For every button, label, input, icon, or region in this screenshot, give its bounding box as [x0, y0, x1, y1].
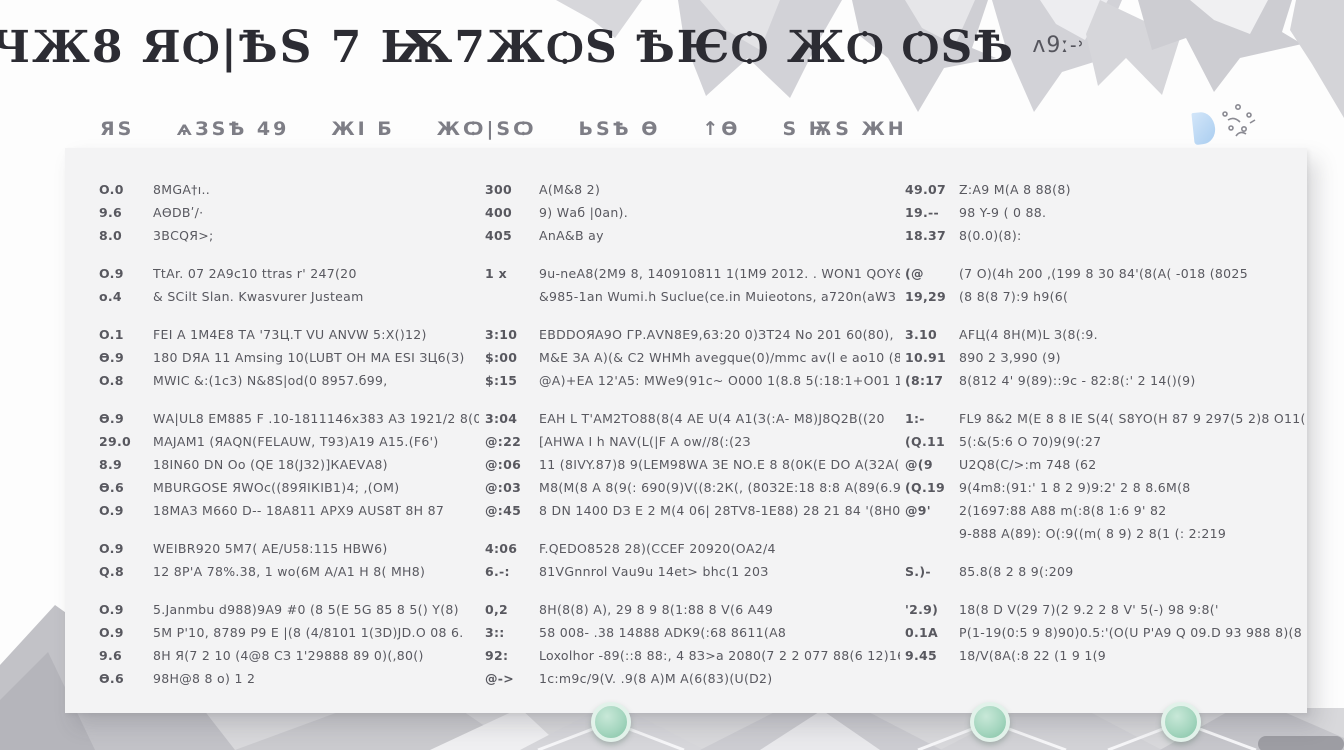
- title-scribble: ʌ9ː˗˒: [1032, 33, 1085, 58]
- row-time: 49.07: [905, 182, 949, 197]
- row-text: 8Н(8(8) А), 29 8 9 8(1:88 8 V(6 А49: [539, 602, 773, 617]
- schedule-row: Ѳ.6МВURGОSЕ ЯWОc((89ЯIКIВ1)4; ,(ОМ): [99, 480, 479, 503]
- row-time: Ѳ.6: [99, 480, 143, 495]
- row-time: 10.91: [905, 350, 949, 365]
- row-text: U2Q8(С/>:m 748 (62: [959, 457, 1097, 472]
- row-time: o.4: [99, 289, 143, 304]
- row-time: O.9: [99, 503, 143, 518]
- row-time: 405: [485, 228, 529, 243]
- schedule-group: O.9ТtАr. 07 2А9c10 ttras r' 247(20o.4& Ѕ…: [99, 266, 479, 312]
- row-text: FЕI А 1М4Е8 ТА '73Ц.Т VU АNVW 5:X()12): [153, 327, 427, 342]
- schedule-row: $:15@А)+ЕА 12'А5: МWе9(91c~ О000 1(8.8 5…: [485, 373, 900, 396]
- row-time: O.8: [99, 373, 143, 388]
- schedule-row: O.08МGА†ı..: [99, 182, 479, 205]
- schedule-row: @9'2(1697:88 А88 m(:8(8 1:6 9' 82: [905, 503, 1305, 526]
- schedule-row: S.)-85.8(8 2 8 9(:209: [905, 564, 1305, 587]
- row-time: Ѳ.9: [99, 350, 143, 365]
- row-text: 8МGА†ı..: [153, 182, 210, 197]
- row-text: ЕВDDОЯА9О ГР.АVN8Е9,63:20 0)ЗТ24 Nо 201 …: [539, 327, 894, 342]
- row-time: O.9: [99, 541, 143, 556]
- row-text: 58 008- .38 14888 АDК9(:68 8611(А8: [539, 625, 786, 640]
- row-time: 9.45: [905, 648, 949, 663]
- row-time: (Q.19: [905, 480, 949, 495]
- schedule-row: &985-1аn Wumi.h Suclue(ce.in Muieotons, …: [485, 289, 900, 312]
- row-time: 19,29: [905, 289, 949, 304]
- schedule-row: @:03М8(М(8 А 8(9(: 690(9)V((8:2К(, (80З2…: [485, 480, 900, 503]
- schedule-row: (@(7 О)(4h 200 ,(199 8 30 84'(8(А( -018 …: [905, 266, 1305, 289]
- schedule-group: 4:06F.QЕDО8528 28)(ССЕF 20920(ОА2/46.-:8…: [485, 541, 900, 587]
- row-text: А(М&8 2): [539, 182, 600, 197]
- row-time: (@: [905, 266, 949, 281]
- row-text: 18(8 D V(29 7)(2 9.2 2 8 V' 5(-) 98 9:8(…: [959, 602, 1219, 617]
- schedule-group: 0,28Н(8(8) А), 29 8 9 8(1:88 8 V(6 А493:…: [485, 602, 900, 694]
- schedule-group: 1 x9u-neА8(2М9 8, 140910811 1(1М9 2012. …: [485, 266, 900, 312]
- schedule-row: o.4& ЅCilt Slan. Kwasvurer Justeam: [99, 289, 479, 312]
- schedule-row: @(9U2Q8(С/>:m 748 (62: [905, 457, 1305, 480]
- scribble-icon: [1216, 98, 1260, 146]
- row-text: WЕIВR920 5М7( АЕ/U58:115 НВW6): [153, 541, 388, 556]
- row-text: 9(4m8:(91:' 1 8 2 9)9:2' 2 8 8.6М(8: [959, 480, 1191, 495]
- row-text: F.QЕDО8528 28)(ССЕF 20920(ОА2/4: [539, 541, 776, 556]
- schedule-row: Ѳ.9WА|UL8 ЕМ885 F .10-1811146x383 АЗ 192…: [99, 411, 479, 434]
- row-time: 1 x: [485, 266, 529, 281]
- row-text: 3ВСQЯ>;: [153, 228, 214, 243]
- row-text: 8(812 4' 9(89)::9c - 82:8(:' 2 14()(9): [959, 373, 1196, 388]
- schedule-row: 8.03ВСQЯ>;: [99, 228, 479, 251]
- row-time: @->: [485, 671, 529, 686]
- row-time: 19.--: [905, 205, 949, 220]
- row-time: 300: [485, 182, 529, 197]
- nav-item-6[interactable]: ↑Ѳ: [702, 118, 740, 140]
- schedule-group: 3:10ЕВDDОЯА9О ГР.АVN8Е9,63:20 0)ЗТ24 Nо …: [485, 327, 900, 396]
- row-time: @:22: [485, 434, 529, 449]
- schedule-row: 3::58 008- .38 14888 АDК9(:68 8611(А8: [485, 625, 900, 648]
- schedule-row: Ѳ.9180 DЯА 11 Amsing 10(LUВТ ОН МА ЕSI З…: [99, 350, 479, 373]
- schedule-group: O.1FЕI А 1М4Е8 ТА '73Ц.Т VU АNVW 5:X()12…: [99, 327, 479, 396]
- schedule-row: 6.-:81VGnnrol Vаu9u 14еt> bhc(1 20З: [485, 564, 900, 587]
- row-time: O.9: [99, 602, 143, 617]
- schedule-group: S.)-85.8(8 2 8 9(:209: [905, 564, 1305, 587]
- row-time: @:45: [485, 503, 529, 518]
- row-text: АFЦ(4 8Н(М)L З(8(:9.: [959, 327, 1098, 342]
- row-time: $:00: [485, 350, 529, 365]
- nav-item-5[interactable]: ЬЅѢ Ѳ: [578, 118, 660, 140]
- schedule-row: 19.--98 Y-9 ( 0 88.: [905, 205, 1305, 228]
- schedule-row: (8:178(812 4' 9(89)::9c - 82:8(:' 2 14()…: [905, 373, 1305, 396]
- schedule-group: 3.10АFЦ(4 8Н(М)L З(8(:9.10.91890 2 З,990…: [905, 327, 1305, 396]
- schedule-group: 300А(М&8 2)4009) Wаб |0аn).405АnА&В ay: [485, 182, 900, 251]
- row-text: 81VGnnrol Vаu9u 14еt> bhc(1 20З: [539, 564, 769, 579]
- row-text: 18IN60 DN Оo (QЕ 18(JЗ2)]КАЕVА8): [153, 457, 388, 472]
- row-text: 5М Р'10, 8789 Р9 Е |(8 (4/8101 1(ЗD)JD.О…: [153, 625, 464, 640]
- schedule-row: 1 x9u-neА8(2М9 8, 140910811 1(1М9 2012. …: [485, 266, 900, 289]
- schedule-row: 9.6АѲDВʹ/·: [99, 205, 479, 228]
- schedule-row: 405АnА&В ay: [485, 228, 900, 251]
- row-text: @А)+ЕА 12'А5: МWе9(91c~ О000 1(8.8 5(:18…: [539, 373, 900, 388]
- row-text: 11 (8IVY.87)8 9(LЕМ98WА ЗЕ NО.Е 8 8(0К(Е…: [539, 457, 900, 472]
- row-text: 18МАЗ М660 D-- 18А811 АРX9 АUЅ8Т 8Н 87: [153, 503, 444, 518]
- row-time: 0,2: [485, 602, 529, 617]
- schedule-column-2: 300А(М&8 2)4009) Wаб |0аn).405АnА&В ay1 …: [485, 182, 900, 709]
- row-time: 9.6: [99, 648, 143, 663]
- schedule-row: 92:Loxolhor -89(::8 88:, 4 8З>a 2080(7 2…: [485, 648, 900, 671]
- schedule-row: (Q.199(4m8:(91:' 1 8 2 9)9:2' 2 8 8.6М(8: [905, 480, 1305, 503]
- row-text: WА|UL8 ЕМ885 F .10-1811146x383 АЗ 1921/2…: [153, 411, 479, 426]
- schedule-row: O.95.Janmbu d988)9А9 #0 (8 5(Е 5G 85 8 5…: [99, 602, 479, 625]
- schedule-row: 300А(М&8 2): [485, 182, 900, 205]
- row-text: 2(1697:88 А88 m(:8(8 1:6 9' 82: [959, 503, 1167, 518]
- row-text: МВURGОSЕ ЯWОc((89ЯIКIВ1)4; ,(ОМ): [153, 480, 399, 495]
- row-time: (8:17: [905, 373, 949, 388]
- schedule-row: 49.07Z:А9 М(А 8 88(8): [905, 182, 1305, 205]
- row-text: (7 О)(4h 200 ,(199 8 30 84'(8(А( -018 (8…: [959, 266, 1248, 281]
- schedule-row: 3:04ЕАН L Т'АМ2ТО88(8(4 АЕ U(4 А1(З(:А- …: [485, 411, 900, 434]
- schedule-row: O.9WЕIВR920 5М7( АЕ/U58:115 НВW6): [99, 541, 479, 564]
- schedule-row: 18.378(0.0)(8):: [905, 228, 1305, 251]
- schedule-row: O.918МАЗ М660 D-- 18А811 АРX9 АUЅ8Т 8Н 8…: [99, 503, 479, 526]
- row-text: 98 Y-9 ( 0 88.: [959, 205, 1046, 220]
- row-text: М8(М(8 А 8(9(: 690(9)V((8:2К(, (80З2Е:18…: [539, 480, 900, 495]
- schedule-group: (@(7 О)(4h 200 ,(199 8 30 84'(8(А( -018 …: [905, 266, 1305, 312]
- schedule-group: Ѳ.9WА|UL8 ЕМ885 F .10-1811146x383 АЗ 192…: [99, 411, 479, 526]
- schedule-row: 19,29(8 8(8 7):9 h9(6(: [905, 289, 1305, 312]
- schedule-row: O.95М Р'10, 8789 Р9 Е |(8 (4/8101 1(ЗD)J…: [99, 625, 479, 648]
- nav-item-4[interactable]: ЖѺ|ЅѺ: [437, 118, 537, 140]
- row-time: 4:06: [485, 541, 529, 556]
- row-text: 9-888 А(89): О(:9((m( 8 9) 2 8(1 (: 2:21…: [959, 526, 1226, 541]
- schedule-row: '2.9)18(8 D V(29 7)(2 9.2 2 8 V' 5(-) 98…: [905, 602, 1305, 625]
- row-text: АnА&В ay: [539, 228, 604, 243]
- row-text: 9u-neА8(2М9 8, 140910811 1(1М9 2012. . W…: [539, 266, 900, 281]
- row-text: (8 8(8 7):9 h9(6(: [959, 289, 1068, 304]
- row-time: @9': [905, 503, 949, 518]
- row-text: 180 DЯА 11 Amsing 10(LUВТ ОН МА ЕSI ЗЦ6(…: [153, 350, 465, 365]
- row-time: @:03: [485, 480, 529, 495]
- nav-item-3[interactable]: ЖІ Б: [331, 118, 394, 140]
- row-time: 8.9: [99, 457, 143, 472]
- schedule-column-1: O.08МGА†ı..9.6АѲDВʹ/·8.03ВСQЯ>;O.9ТtАr. …: [99, 182, 479, 709]
- nav-bar: ЯЅѧЗЅѢ 49ЖІ БЖѺ|ЅѺЬЅѢ Ѳ↑ѲЅ ѬЅ ЖН: [100, 118, 907, 140]
- row-text: МWIС &:(1c3) N&8S|od(0 8957.б99,: [153, 373, 388, 388]
- row-time: 18.37: [905, 228, 949, 243]
- row-time: 3.10: [905, 327, 949, 342]
- schedule-row: 29.0МАJАМ1 (ЯАQN(FЕLАUW, Т93)А19 А15.(F6…: [99, 434, 479, 457]
- schedule-row: O.1FЕI А 1М4Е8 ТА '73Ц.Т VU АNVW 5:X()12…: [99, 327, 479, 350]
- schedule-card: O.08МGА†ı..9.6АѲDВʹ/·8.03ВСQЯ>;O.9ТtАr. …: [65, 148, 1307, 713]
- row-time: O.9: [99, 266, 143, 281]
- schedule-group: O.9WЕIВR920 5М7( АЕ/U58:115 НВW6)Q.812 8…: [99, 541, 479, 587]
- schedule-group: '2.9)18(8 D V(29 7)(2 9.2 2 8 V' 5(-) 98…: [905, 602, 1305, 671]
- row-text: 5.Janmbu d988)9А9 #0 (8 5(Е 5G 85 8 5() …: [153, 602, 459, 617]
- row-text: & ЅCilt Slan. Kwasvurer Justeam: [153, 289, 364, 304]
- schedule-row: 4:06F.QЕDО8528 28)(ССЕF 20920(ОА2/4: [485, 541, 900, 564]
- row-time: Ѳ.6: [99, 671, 143, 686]
- row-text: FL9 8&2 М(Е 8 8 IЕ S(4( S8YО(Н 87 9 297(…: [959, 411, 1305, 426]
- schedule-row: (Q.115(:&(5:6 О 70)9(9(:27: [905, 434, 1305, 457]
- row-text: 12 8Р'А 78%.38, 1 wo(6М А/А1 Н 8( МН8): [153, 564, 425, 579]
- row-text: 85.8(8 2 8 9(:209: [959, 564, 1074, 579]
- schedule-row: $:00М&Е ЗА А)(& С2 WНМh avegque(0)/mmc a…: [485, 350, 900, 373]
- schedule-row: 9-888 А(89): О(:9((m( 8 9) 2 8(1 (: 2:21…: [905, 526, 1305, 549]
- row-time: 0.1А: [905, 625, 949, 640]
- map-pin-dot: [591, 702, 631, 742]
- row-time: 3:10: [485, 327, 529, 342]
- row-time: 6.-:: [485, 564, 529, 579]
- row-text: 890 2 З,990 (9): [959, 350, 1061, 365]
- schedule-group: 3:04ЕАН L Т'АМ2ТО88(8(4 АЕ U(4 А1(З(:А- …: [485, 411, 900, 526]
- row-time: Ѳ.9: [99, 411, 143, 426]
- row-time: 92:: [485, 648, 529, 663]
- row-text: &985-1аn Wumi.h Suclue(ce.in Muieotons, …: [539, 289, 900, 304]
- row-text: 8Н Я(7 2 10 (4@8 СЗ 1'29888 89 0)(,80(): [153, 648, 424, 663]
- schedule-row: 9.4518/V(8А(:8 22 (1 9 1(9: [905, 648, 1305, 671]
- map-pin-dot: [1161, 702, 1201, 742]
- row-time: (Q.11: [905, 434, 949, 449]
- schedule-group: O.08МGА†ı..9.6АѲDВʹ/·8.03ВСQЯ>;: [99, 182, 479, 251]
- schedule-row: 10.91890 2 З,990 (9): [905, 350, 1305, 373]
- row-text: 8 DN 1400 DЗ Е 2 М(4 06| 28ТV8-1Е88) 28 …: [539, 503, 900, 518]
- nav-item-7[interactable]: Ѕ ѬЅ ЖН: [782, 118, 906, 140]
- row-text: 18/V(8А(:8 22 (1 9 1(9: [959, 648, 1106, 663]
- row-text: МАJАМ1 (ЯАQN(FЕLАUW, Т93)А19 А15.(F6'): [153, 434, 439, 449]
- schedule-row: 4009) Wаб |0аn).: [485, 205, 900, 228]
- schedule-row: O.8МWIС &:(1c3) N&8S|od(0 8957.б99,: [99, 373, 479, 396]
- row-time: 9.6: [99, 205, 143, 220]
- row-text: 5(:&(5:6 О 70)9(9(:27: [959, 434, 1101, 449]
- row-time: 1:-: [905, 411, 949, 426]
- row-time: O.1: [99, 327, 143, 342]
- row-text: 1c:m9c/9(V. .9(8 А)М А(6(83)(U(D2): [539, 671, 772, 686]
- row-text: Loxolhor -89(::8 88:, 4 8З>a 2080(7 2 2 …: [539, 648, 900, 663]
- schedule-row: 0,28Н(8(8) А), 29 8 9 8(1:88 8 V(6 А49: [485, 602, 900, 625]
- row-time: 400: [485, 205, 529, 220]
- schedule-group: 49.07Z:А9 М(А 8 88(8)19.--98 Y-9 ( 0 88.…: [905, 182, 1305, 251]
- row-time: Q.8: [99, 564, 143, 579]
- row-text: АѲDВʹ/·: [153, 205, 203, 220]
- schedule-row: @:0611 (8IVY.87)8 9(LЕМ98WА ЗЕ NО.Е 8 8(…: [485, 457, 900, 480]
- page-title: ЧЖ8 ЯѺ|ѢЅ 7 Ѭ7ЖѺЅ ѢѤѺ ЖѺ ѺЅѢ ʌ9ː˗˒: [0, 22, 1086, 73]
- row-time: O.9: [99, 625, 143, 640]
- row-text: Z:А9 М(А 8 88(8): [959, 182, 1071, 197]
- schedule-row: @:22[АНWА I h NАV(L(|F А ow//8(:(2З: [485, 434, 900, 457]
- row-time: 29.0: [99, 434, 143, 449]
- schedule-row: 3.10АFЦ(4 8Н(М)L З(8(:9.: [905, 327, 1305, 350]
- schedule-row: 8.918IN60 DN Оo (QЕ 18(JЗ2)]КАЕVА8): [99, 457, 479, 480]
- schedule-row: @:458 DN 1400 DЗ Е 2 М(4 06| 28ТV8-1Е88)…: [485, 503, 900, 526]
- row-time: '2.9): [905, 602, 949, 617]
- row-time: $:15: [485, 373, 529, 388]
- schedule-row: Q.812 8Р'А 78%.38, 1 wo(6М А/А1 Н 8( МН8…: [99, 564, 479, 587]
- row-time: 8.0: [99, 228, 143, 243]
- row-time: 3::: [485, 625, 529, 640]
- schedule-group: O.95.Janmbu d988)9А9 #0 (8 5(Е 5G 85 8 5…: [99, 602, 479, 694]
- schedule-group: 1:-FL9 8&2 М(Е 8 8 IЕ S(4( S8YО(Н 87 9 2…: [905, 411, 1305, 549]
- row-text: ЕАН L Т'АМ2ТО88(8(4 АЕ U(4 А1(З(:А- М8)J…: [539, 411, 885, 426]
- row-time: 3:04: [485, 411, 529, 426]
- schedule-row: 1:-FL9 8&2 М(Е 8 8 IЕ S(4( S8YО(Н 87 9 2…: [905, 411, 1305, 434]
- schedule-row: 9.68Н Я(7 2 10 (4@8 СЗ 1'29888 89 0)(,80…: [99, 648, 479, 671]
- schedule-column-3: 49.07Z:А9 М(А 8 88(8)19.--98 Y-9 ( 0 88.…: [905, 182, 1305, 686]
- map-pin-dot: [970, 702, 1010, 742]
- schedule-row: @->1c:m9c/9(V. .9(8 А)М А(6(83)(U(D2): [485, 671, 900, 694]
- nav-item-2[interactable]: ѧЗЅѢ 49: [176, 118, 289, 140]
- schedule-row: O.9ТtАr. 07 2А9c10 ttras r' 247(20: [99, 266, 479, 289]
- row-time: @(9: [905, 457, 949, 472]
- schedule-row: 0.1АР(1-19(0:5 9 8)90)0.5:'(О(U Р'А9 Q 0…: [905, 625, 1305, 648]
- row-time: S.)-: [905, 564, 949, 579]
- row-time: @:06: [485, 457, 529, 472]
- row-text: 8(0.0)(8):: [959, 228, 1022, 243]
- row-text: ТtАr. 07 2А9c10 ttras r' 247(20: [153, 266, 357, 281]
- row-text: [АНWА I h NАV(L(|F А ow//8(:(2З: [539, 434, 751, 449]
- row-time: O.0: [99, 182, 143, 197]
- row-text: Р(1-19(0:5 9 8)90)0.5:'(О(U Р'А9 Q 09.D …: [959, 625, 1305, 640]
- nav-item-1[interactable]: ЯЅ: [100, 118, 134, 140]
- schedule-row: Ѳ.698Н@8 8 o) 1 2: [99, 671, 479, 694]
- row-text: 98Н@8 8 o) 1 2: [153, 671, 255, 686]
- row-text: 9) Wаб |0аn).: [539, 205, 628, 220]
- row-text: М&Е ЗА А)(& С2 WНМh avegque(0)/mmc av(l …: [539, 350, 900, 365]
- page-title-text: ЧЖ8 ЯѺ|ѢЅ 7 Ѭ7ЖѺЅ ѢѤѺ ЖѺ ѺЅѢ: [0, 22, 1015, 73]
- schedule-row: 3:10ЕВDDОЯА9О ГР.АVN8Е9,63:20 0)ЗТ24 Nо …: [485, 327, 900, 350]
